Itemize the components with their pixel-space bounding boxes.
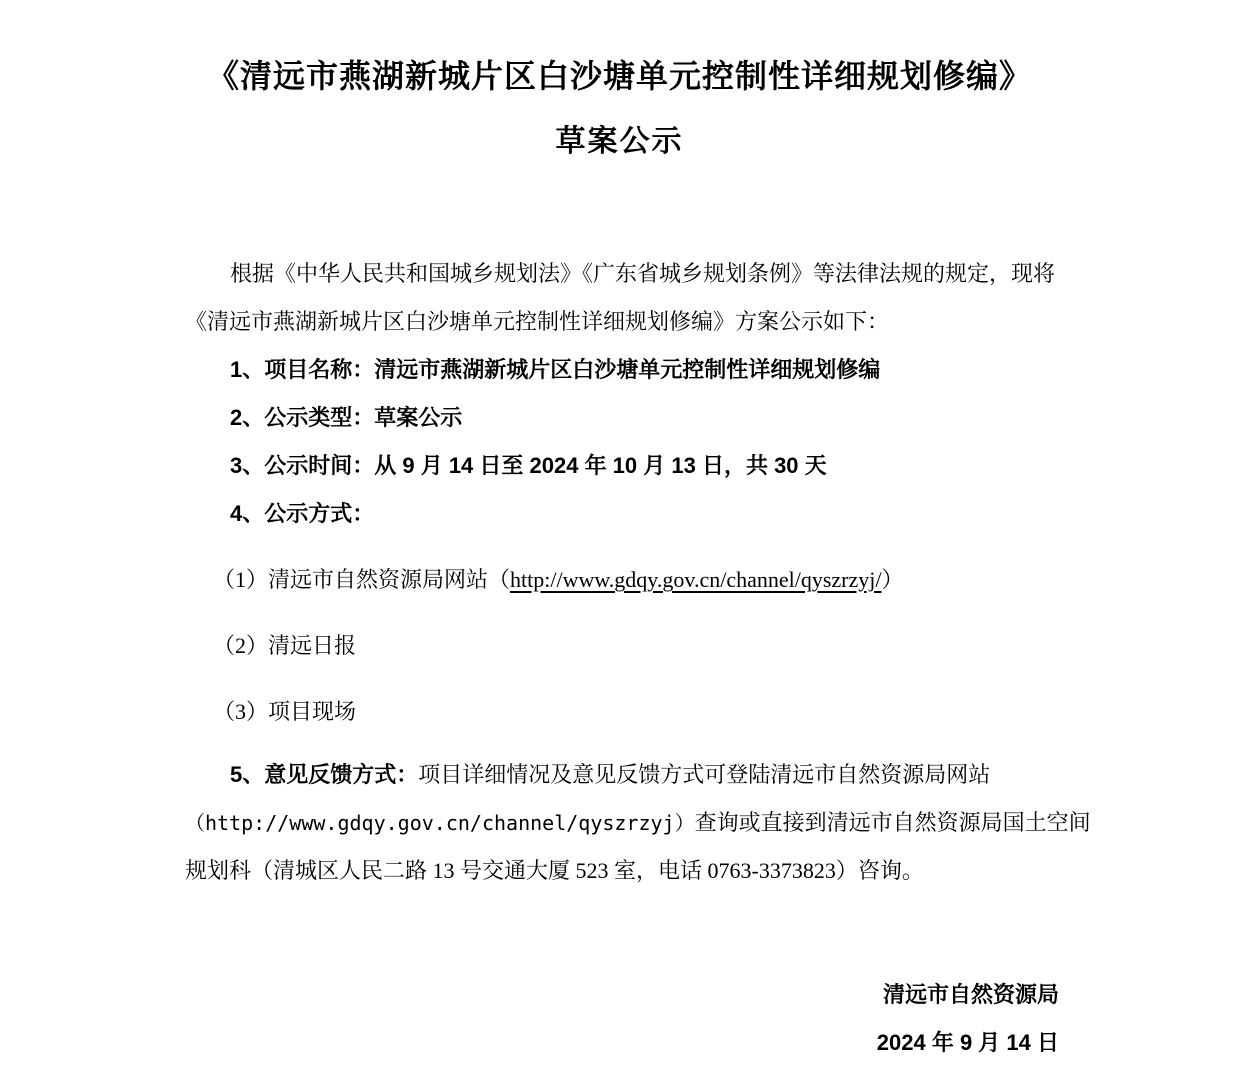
feedback-line-3: 规划科（清城区人民二路 13 号交通大厦 523 室，电话 0763-33738… [185, 847, 1117, 895]
document-subtitle: 草案公示 [0, 122, 1239, 162]
feedback-url: （http://www.gdqy.gov.cn/channel/qyszrzyj… [185, 811, 695, 835]
website-link[interactable]: http://www.gdqy.gov.cn/channel/qyszrzyj/ [510, 567, 881, 592]
signature-date: 2024 年 9 月 14 日 [0, 1019, 1059, 1067]
item-2-label: 2、公示类型： [230, 405, 374, 430]
item-notice-period: 3、公示时间：从 9 月 14 日至 2024 年 10 月 13 日，共 30… [185, 442, 1117, 490]
feedback-line-1: 5、意见反馈方式：项目详细情况及意见反馈方式可登陆清远市自然资源局网站 [185, 751, 1117, 799]
method-1-suffix: ） [882, 567, 904, 592]
item-notice-type: 2、公示类型：草案公示 [185, 394, 1117, 442]
method-website: （1）清远市自然资源局网站（http://www.gdqy.gov.cn/cha… [185, 556, 1117, 604]
intro-line-2: 《清远市燕湖新城片区白沙塘单元控制性详细规划修编》方案公示如下： [185, 298, 1117, 346]
item-1-value: 清远市燕湖新城片区白沙塘单元控制性详细规划修编 [374, 357, 880, 382]
method-newspaper: （2）清远日报 [185, 622, 1117, 670]
item-5-label: 5、意见反馈方式： [230, 762, 418, 787]
feedback-text-1: 项目详细情况及意见反馈方式可登陆清远市自然资源局网站 [418, 762, 990, 787]
document-body: 根据《中华人民共和国城乡规划法》《广东省城乡规划条例》等法律法规的规定，现将 《… [0, 250, 1239, 895]
item-3-value: 从 9 月 14 日至 2024 年 10 月 13 日，共 30 天 [374, 453, 826, 478]
feedback-text-2: 查询或直接到清远市自然资源局国土空间 [695, 810, 1091, 835]
document-title: 《清远市燕湖新城片区白沙塘单元控制性详细规划修编》 [0, 0, 1239, 96]
intro-line-1: 根据《中华人民共和国城乡规划法》《广东省城乡规划条例》等法律法规的规定，现将 [185, 250, 1117, 298]
item-3-label: 3、公示时间： [230, 453, 374, 478]
item-2-value: 草案公示 [374, 405, 462, 430]
notice-document: 《清远市燕湖新城片区白沙塘单元控制性详细规划修编》 草案公示 根据《中华人民共和… [0, 0, 1239, 1090]
method-project-site: （3）项目现场 [185, 688, 1117, 736]
item-1-label: 1、项目名称： [230, 357, 374, 382]
signature-block: 清远市自然资源局 2024 年 9 月 14 日 [0, 971, 1239, 1067]
feedback-line-2: （http://www.gdqy.gov.cn/channel/qyszrzyj… [185, 799, 1117, 847]
item-notice-method: 4、公示方式： [185, 490, 1117, 538]
item-project-name: 1、项目名称：清远市燕湖新城片区白沙塘单元控制性详细规划修编 [185, 346, 1117, 394]
signature-org: 清远市自然资源局 [0, 971, 1059, 1019]
item-4-label: 4、公示方式： [230, 501, 374, 526]
method-1-prefix: （1）清远市自然资源局网站（ [213, 567, 510, 592]
